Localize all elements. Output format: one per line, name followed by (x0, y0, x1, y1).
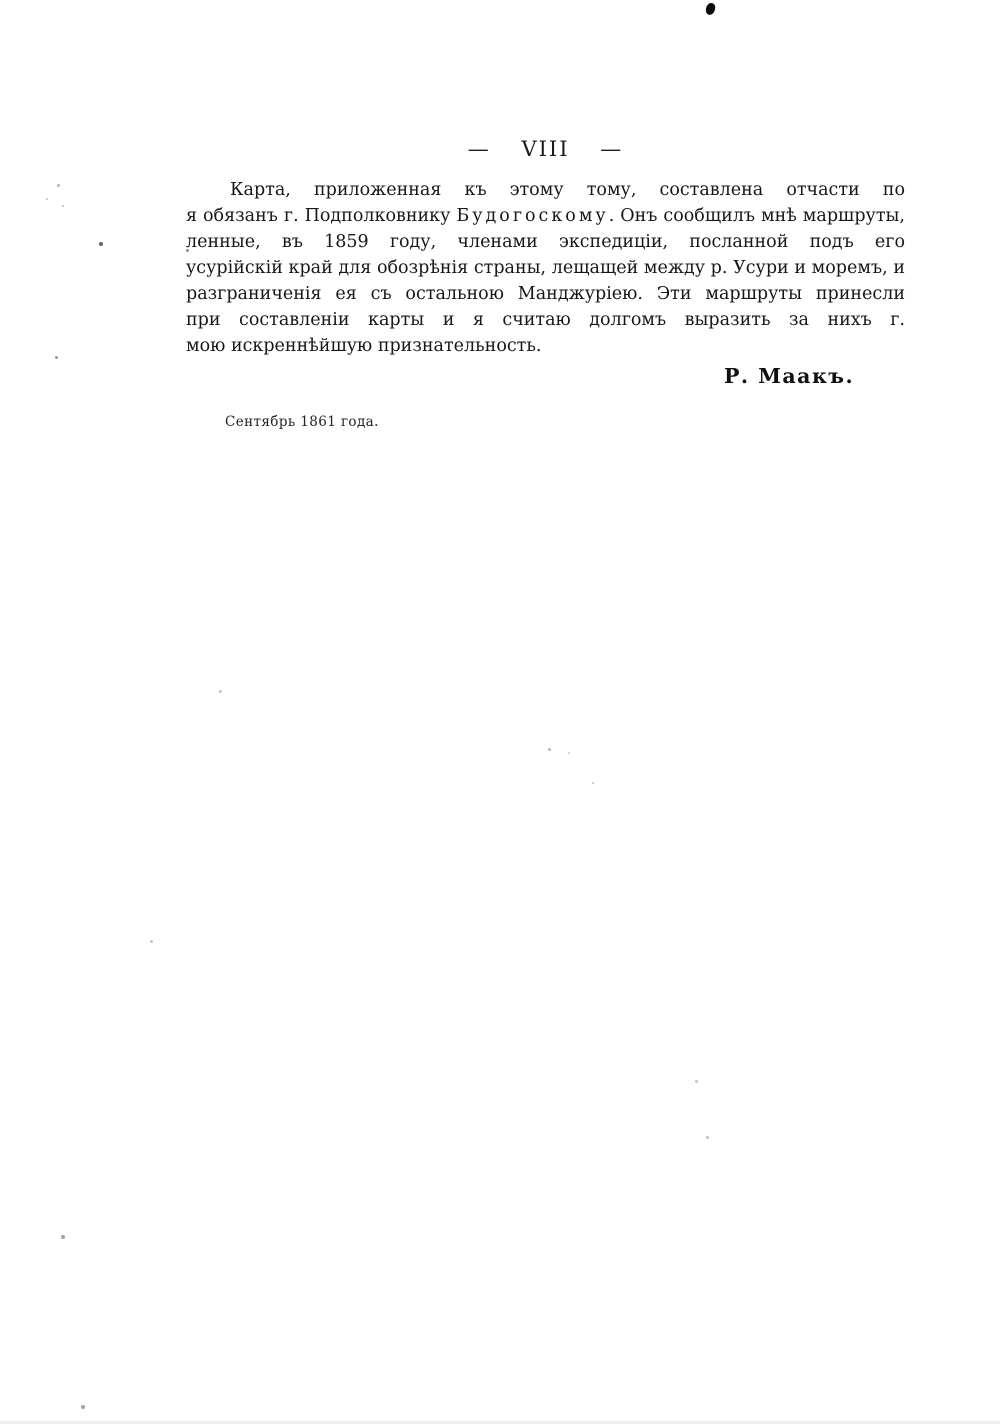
body-line: ленные, въ 1859 году, членами экспедиціи… (186, 229, 905, 255)
scan-speck-artifact (568, 752, 570, 754)
body-line: мою искреннѣйшую признательность. (186, 333, 905, 359)
ink-blob-artifact (705, 2, 716, 16)
paragraph: Карта, приложенная къ этому тому, состав… (186, 177, 905, 359)
body-line: разграниченія ея съ остальною Манджуріею… (186, 281, 905, 307)
scan-speck-artifact (695, 1080, 698, 1083)
scan-speck-artifact (57, 184, 60, 187)
scanned-page: — VIII — Карта, приложенная къ этому том… (0, 0, 1000, 1424)
scan-speck-artifact (548, 748, 551, 751)
scan-speck-artifact (62, 205, 64, 207)
scan-speck-artifact (592, 782, 594, 784)
scan-speck-artifact (81, 1405, 85, 1409)
scan-speck-artifact (219, 690, 222, 693)
scan-speck-artifact (46, 198, 48, 200)
body-line: при составленіи карты и я считаю долгомъ… (186, 307, 905, 333)
scan-speck-artifact (55, 356, 58, 359)
body-line: усурійскій край для обозрѣнія страны, ле… (186, 255, 905, 281)
page-number: — VIII — (186, 137, 905, 161)
letterspaced-name: Будогоскому (456, 206, 608, 226)
scan-speck-artifact (150, 940, 153, 943)
scan-speck-artifact (61, 1235, 65, 1239)
date-line: Сентябрь 1861 года. (225, 414, 379, 430)
body-line: Карта, приложенная къ этому тому, состав… (186, 177, 905, 203)
scan-speck-artifact (186, 249, 189, 252)
scan-speck-artifact (99, 242, 103, 246)
signature: Р. Маакъ. (724, 364, 854, 388)
body-line: я обязанъ г. Подполковнику Будогоскому. … (186, 203, 905, 229)
scan-speck-artifact (706, 1136, 709, 1139)
